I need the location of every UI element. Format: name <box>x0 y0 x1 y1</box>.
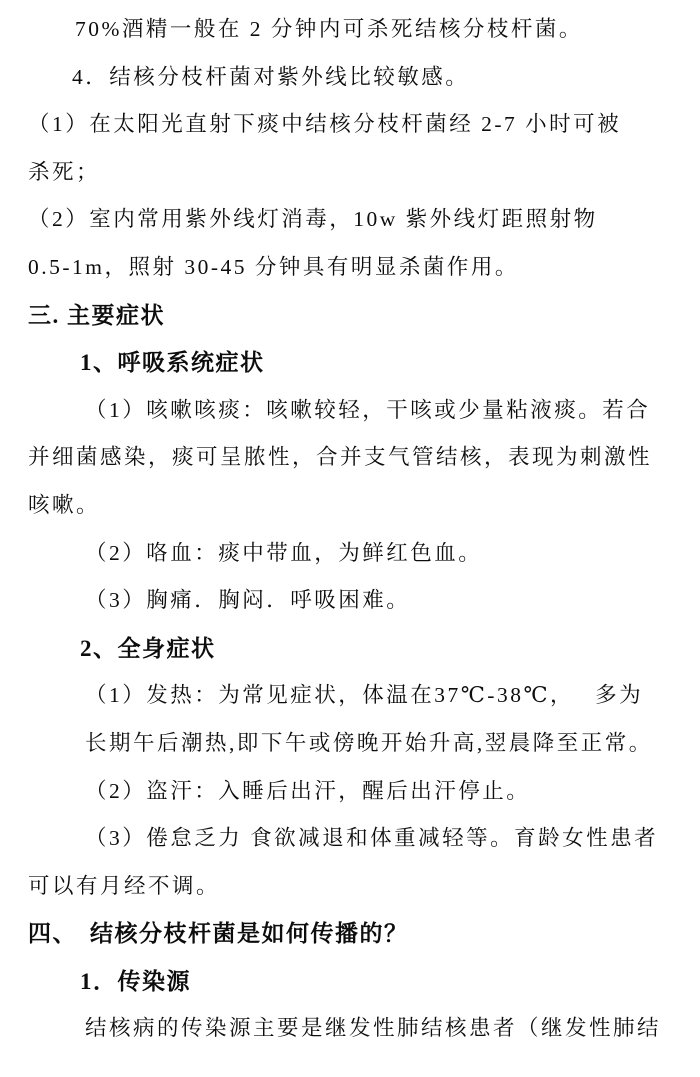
text-line: 长期午后潮热,即下午或傍晚开始升高,翌晨降至正常。 <box>28 720 700 768</box>
text-line: 可以有月经不调。 <box>28 863 700 911</box>
text-line: （1）发热：为常见症状，体温在37℃-38℃， 多为 <box>28 672 700 720</box>
heading-line: 三. 主要症状 <box>28 292 700 340</box>
text-line: 并细菌感染，痰可呈脓性，合并支气管结核，表现为刺激性 <box>28 434 700 482</box>
document-page: 70%酒精一般在 2 分钟内可杀死结核分枝杆菌。4．结核分枝杆菌对紫外线比较敏感… <box>0 0 700 1077</box>
heading-line: 四、 结核分枝杆菌是如何传播的？ <box>28 910 700 958</box>
text-line: （3）胸痛．胸闷．呼吸困难。 <box>28 577 700 625</box>
text-line: 咳嗽。 <box>28 482 700 530</box>
heading-line: 2、全身症状 <box>28 625 700 673</box>
heading-line: 1、呼吸系统症状 <box>28 339 700 387</box>
text-line: （2）盗汗：入睡后出汗，醒后出汗停止。 <box>28 768 700 816</box>
text-line: 结核病的传染源主要是继发性肺结核患者（继发性肺结 <box>28 1005 700 1053</box>
text-line: 70%酒精一般在 2 分钟内可杀死结核分枝杆菌。 <box>28 6 700 54</box>
heading-line: 1．传染源 <box>28 958 700 1006</box>
text-line: 4．结核分枝杆菌对紫外线比较敏感。 <box>28 54 700 102</box>
text-line: 0.5-1m，照射 30-45 分钟具有明显杀菌作用。 <box>28 244 700 292</box>
text-line: 杀死； <box>28 149 700 197</box>
text-line: （1）咳嗽咳痰：咳嗽较轻，干咳或少量粘液痰。若合 <box>28 387 700 435</box>
text-line: （3）倦怠乏力 食欲减退和体重减轻等。育龄女性患者 <box>28 815 700 863</box>
text-line: （2）室内常用紫外线灯消毒，10w 紫外线灯距照射物 <box>28 196 700 244</box>
document-body: 70%酒精一般在 2 分钟内可杀死结核分枝杆菌。4．结核分枝杆菌对紫外线比较敏感… <box>28 6 700 1053</box>
text-line: （1）在太阳光直射下痰中结核分枝杆菌经 2-7 小时可被 <box>28 101 700 149</box>
text-line: （2）咯血：痰中带血，为鲜红色血。 <box>28 530 700 578</box>
